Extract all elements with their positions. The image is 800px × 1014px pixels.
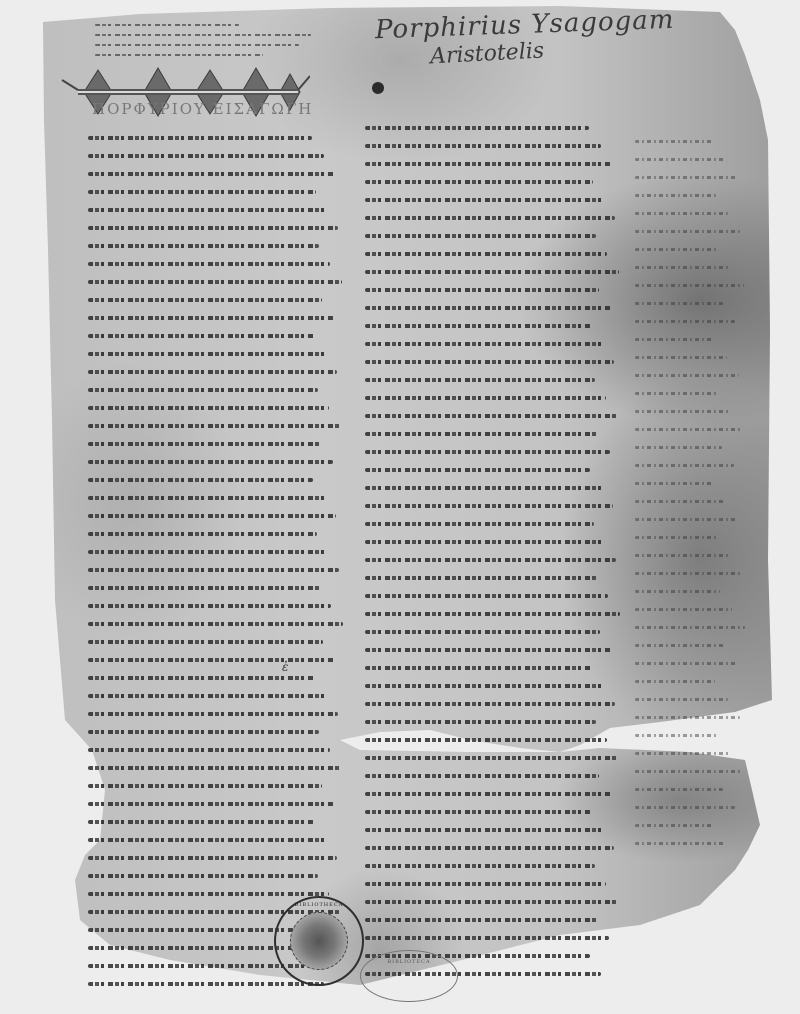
text-line	[365, 720, 596, 724]
text-line	[635, 716, 740, 719]
text-line	[88, 802, 334, 806]
text-line	[365, 270, 619, 274]
text-line	[365, 846, 614, 850]
text-line	[635, 302, 723, 305]
text-line	[365, 918, 598, 922]
text-line	[365, 810, 591, 814]
text-line	[365, 630, 600, 634]
marginal-scholia-column	[635, 140, 745, 860]
text-line	[365, 738, 607, 742]
text-line	[635, 320, 735, 323]
text-line	[635, 410, 730, 413]
text-line	[635, 446, 722, 449]
text-line	[88, 712, 338, 716]
text-line	[635, 608, 732, 611]
text-line	[88, 568, 339, 572]
text-line	[88, 298, 322, 302]
text-line	[88, 748, 330, 752]
text-line	[88, 334, 315, 338]
library-stamp-oval: BIBLIOTECA	[360, 950, 458, 1002]
text-line	[88, 352, 326, 356]
text-line	[365, 522, 594, 526]
text-line	[88, 676, 315, 680]
text-line	[365, 216, 615, 220]
text-line	[88, 550, 328, 554]
text-line	[88, 316, 334, 320]
text-line	[635, 374, 739, 377]
text-line	[635, 662, 736, 665]
middle-text-column	[365, 126, 620, 990]
text-line	[635, 572, 741, 575]
text-line	[365, 792, 611, 796]
text-line	[88, 532, 317, 536]
text-line	[635, 842, 726, 845]
text-line	[635, 770, 743, 773]
text-line	[365, 702, 615, 706]
text-line	[365, 612, 620, 616]
text-line	[635, 788, 723, 791]
text-line	[365, 144, 601, 148]
text-line	[88, 154, 324, 158]
text-line	[88, 496, 325, 500]
text-line	[635, 176, 736, 179]
text-line	[365, 576, 597, 580]
text-line	[635, 212, 728, 215]
text-line	[365, 774, 599, 778]
text-line	[365, 342, 603, 346]
text-line	[635, 536, 717, 539]
text-line	[635, 392, 718, 395]
text-line	[365, 882, 606, 886]
text-line	[365, 936, 609, 940]
text-line	[365, 324, 592, 328]
text-line	[88, 370, 337, 374]
text-line	[365, 666, 592, 670]
text-line	[635, 680, 715, 683]
text-line	[635, 266, 731, 269]
text-line	[365, 504, 613, 508]
text-line	[635, 554, 729, 557]
text-line	[88, 766, 341, 770]
text-line	[635, 590, 720, 593]
text-line	[365, 450, 610, 454]
text-line	[88, 694, 327, 698]
text-line	[365, 900, 617, 904]
text-line	[365, 288, 599, 292]
folio-mark: ἐ	[282, 660, 288, 674]
text-line	[88, 208, 327, 212]
text-line	[635, 644, 724, 647]
top-faded-lines	[95, 24, 335, 64]
text-line	[88, 838, 326, 842]
text-line	[88, 244, 319, 248]
text-line	[635, 140, 712, 143]
text-line	[635, 500, 725, 503]
text-line	[635, 428, 742, 431]
text-line	[635, 482, 713, 485]
text-line	[88, 730, 319, 734]
text-line	[88, 172, 335, 176]
text-line	[365, 198, 604, 202]
text-line	[88, 586, 320, 590]
text-line	[365, 828, 603, 832]
text-line	[88, 280, 342, 284]
text-line	[635, 752, 731, 755]
text-line	[88, 964, 313, 968]
text-line	[365, 558, 616, 562]
text-line	[88, 820, 314, 824]
text-line	[365, 162, 612, 166]
text-line	[635, 284, 744, 287]
text-line	[88, 982, 324, 986]
text-line	[88, 478, 313, 482]
text-line	[365, 468, 590, 472]
text-line	[635, 806, 735, 809]
text-line	[88, 388, 318, 392]
text-line	[365, 396, 606, 400]
text-line	[635, 698, 728, 701]
text-line	[635, 464, 734, 467]
text-line	[635, 194, 716, 197]
text-line	[88, 622, 343, 626]
text-line	[365, 234, 596, 238]
text-line	[635, 626, 745, 629]
text-line	[88, 784, 322, 788]
text-line	[635, 230, 740, 233]
text-line	[365, 756, 618, 760]
text-line	[88, 424, 341, 428]
text-line	[365, 126, 589, 130]
text-line	[88, 406, 329, 410]
text-line	[365, 360, 614, 364]
text-line	[88, 856, 337, 860]
text-line	[88, 226, 338, 230]
ink-blot	[372, 82, 384, 94]
text-line	[365, 306, 611, 310]
library-stamp-round: BIBLIOTHECA	[274, 896, 364, 986]
text-line	[365, 540, 605, 544]
text-line	[88, 442, 321, 446]
left-text-column	[88, 136, 343, 1000]
text-line	[635, 158, 724, 161]
text-line	[365, 594, 608, 598]
text-line	[365, 252, 607, 256]
text-line	[88, 658, 335, 662]
latin-header-annotation: Porphirius Ysagogam Aristotelis	[375, 10, 675, 63]
text-line	[365, 378, 595, 382]
manuscript-leaf: Porphirius Ysagogam Aristotelis ΠΟΡΦΥΡΙΟ…	[0, 0, 800, 1014]
text-line	[88, 262, 330, 266]
text-line	[88, 514, 336, 518]
text-line	[88, 604, 331, 608]
text-line	[365, 486, 602, 490]
text-line	[88, 136, 312, 140]
text-line	[88, 460, 333, 464]
text-line	[88, 640, 323, 644]
text-line	[365, 648, 612, 652]
text-line	[635, 356, 727, 359]
text-line	[635, 518, 737, 521]
work-title: ΠΟΡΦΥΡΙΟΥ ΕΙΣΑΓΩΓΗ	[92, 100, 313, 118]
text-line	[88, 874, 318, 878]
text-line	[635, 734, 719, 737]
text-line	[365, 864, 595, 868]
coat-of-arms-icon	[290, 912, 348, 970]
text-line	[365, 684, 604, 688]
text-line	[365, 432, 598, 436]
text-line	[88, 892, 329, 896]
text-line	[365, 414, 618, 418]
text-line	[635, 338, 714, 341]
text-line	[365, 180, 593, 184]
text-line	[635, 824, 714, 827]
text-line	[88, 190, 316, 194]
text-line	[635, 248, 719, 251]
